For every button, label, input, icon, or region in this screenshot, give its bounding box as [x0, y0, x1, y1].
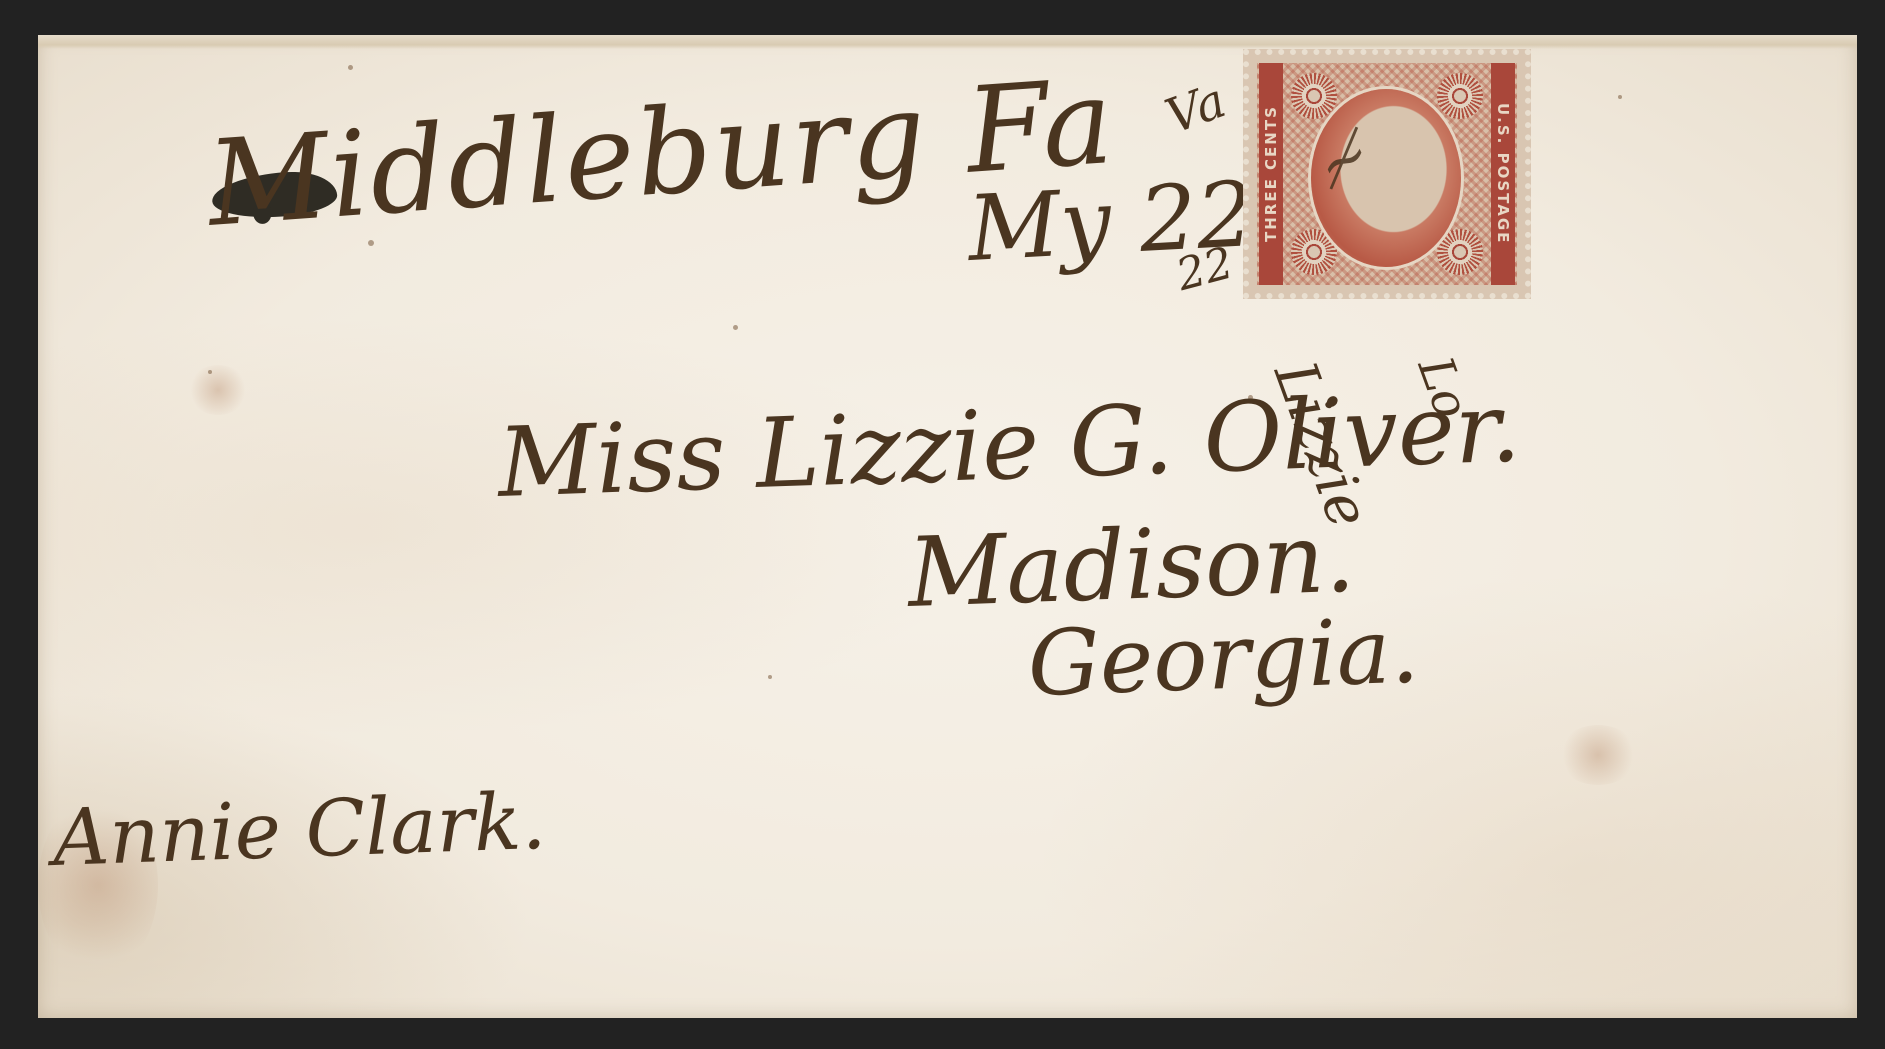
rosette-icon: [1437, 229, 1483, 275]
speck: [348, 65, 353, 70]
stamp-denomination-label: THREE CENTS: [1259, 63, 1283, 285]
envelope: Middleburg Fa My 22 Va 22 THREE CENTS U.…: [38, 35, 1857, 1018]
foxing-stain: [1558, 725, 1638, 785]
rosette-icon: [1437, 73, 1483, 119]
speck: [208, 370, 212, 374]
margin-note: Va: [1160, 76, 1232, 141]
rosette-icon: [1291, 73, 1337, 119]
speck: [1618, 95, 1622, 99]
speck: [733, 325, 738, 330]
sender-signature: Annie Clark.: [52, 783, 548, 878]
addressee-state: Georgia.: [1026, 606, 1420, 710]
photo-backdrop: Middleburg Fa My 22 Va 22 THREE CENTS U.…: [0, 0, 1885, 1049]
speck: [768, 675, 772, 679]
margin-note: 22: [1172, 241, 1237, 298]
postage-stamp: THREE CENTS U.S. POSTAGE ≁: [1243, 49, 1531, 299]
stamp-country-label: U.S. POSTAGE: [1491, 63, 1515, 285]
foxing-stain: [188, 365, 248, 415]
